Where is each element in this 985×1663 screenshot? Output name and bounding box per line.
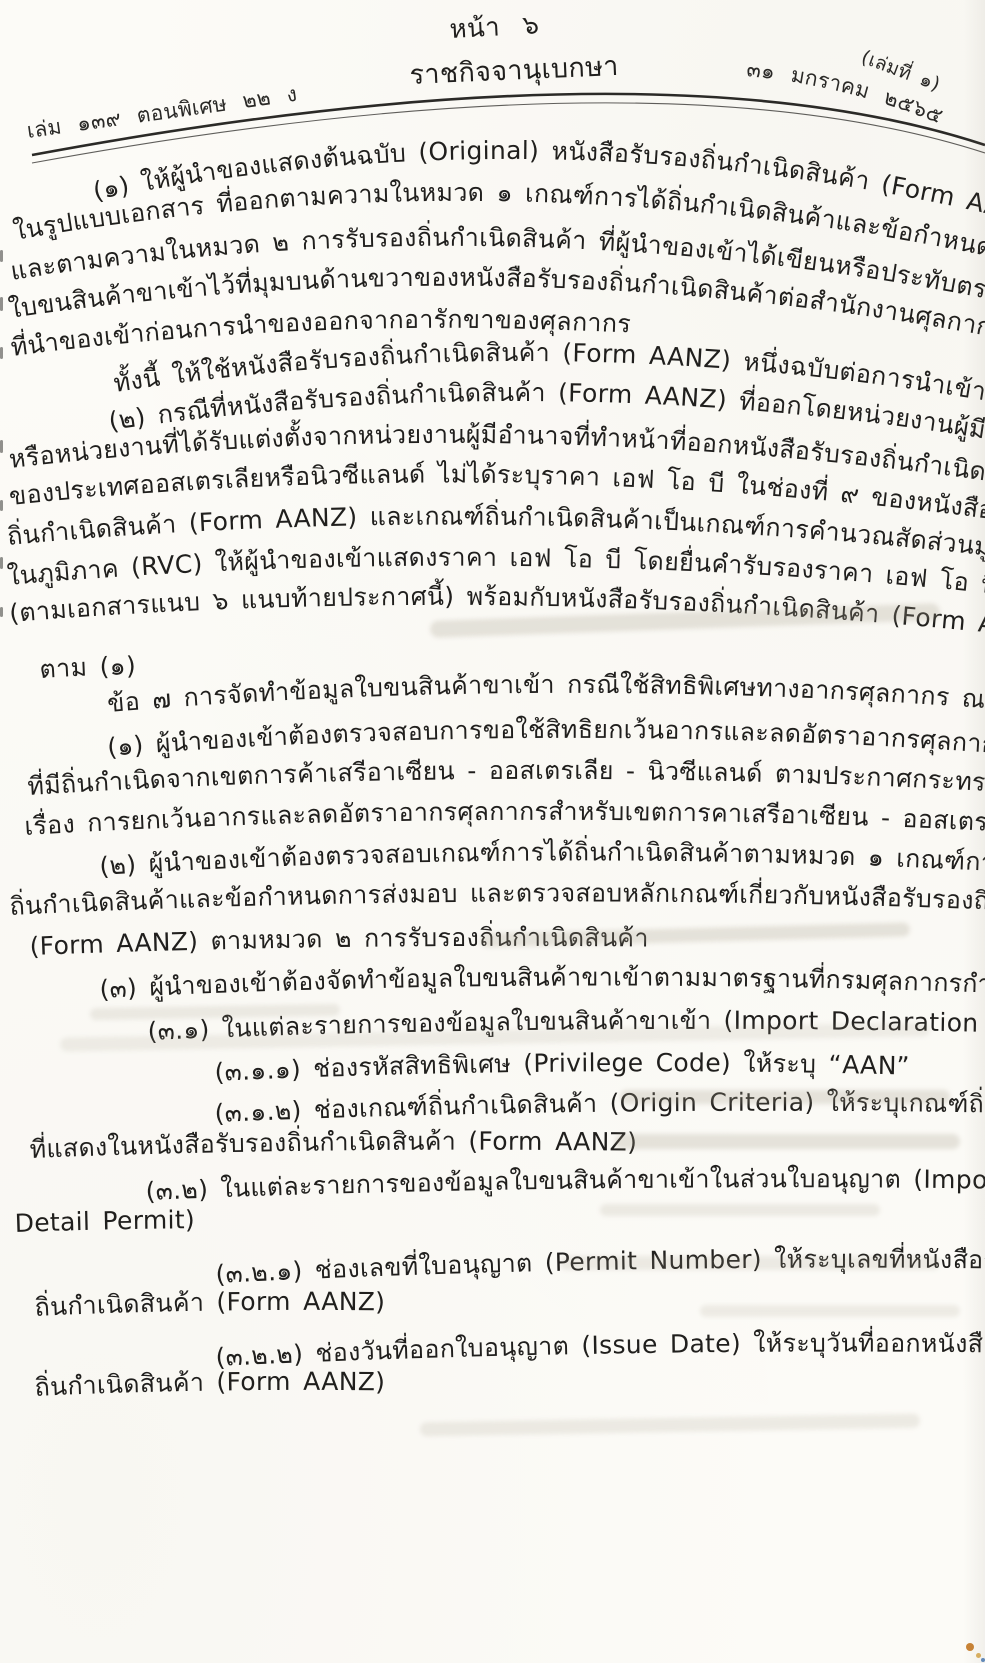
body-line-text: ถิ่นกำเนิดสินค้า (Form AANZ) bbox=[34, 1287, 385, 1322]
scan-edge-artifact bbox=[0, 557, 3, 569]
body-line: ที่แสดงในหนังสือรับรองถิ่นกำเนิดสินค้า (… bbox=[29, 1125, 637, 1164]
bleedthrough-smudge bbox=[620, 1090, 950, 1104]
body-line: (๓.๒.๒) ช่องวันที่ออกใบอนุญาต (Issue Dat… bbox=[215, 1326, 985, 1372]
body-line: (๓.๑.๑) ช่องรหัสสิทธิพิเศษ (Privilege Co… bbox=[214, 1048, 910, 1087]
gazette-title: ราชกิจจานุเบกษา bbox=[409, 51, 619, 92]
body-line: (๓.๒) ในแต่ละรายการของข้อมูลใบขนสินค้าขา… bbox=[145, 1164, 985, 1206]
body-line-text: (๓.๒) ในแต่ละรายการของข้อมูลใบขนสินค้าขา… bbox=[145, 1164, 985, 1206]
body-line-text: ที่มีถิ่นกำเนิดจากเขตการค้าเสรีอาเซียน -… bbox=[26, 756, 985, 803]
body-line: (๓) ผู้นำของเข้าต้องจัดทำข้อมูลใบขนสินค้… bbox=[99, 962, 985, 1004]
body-line: ถิ่นกำเนิดสินค้า (Form AANZ) bbox=[34, 1367, 385, 1402]
body-line: ตาม (๑) bbox=[39, 651, 137, 684]
scan-edge-artifact bbox=[0, 607, 3, 617]
scan-edge-artifact bbox=[0, 250, 3, 262]
page-edge-shadow bbox=[963, 0, 985, 1663]
scanned-text-layer: หน้า ๖ ราชกิจจานุเบกษา เล่ม ๑๓๙ ตอนพิเศษ… bbox=[0, 0, 985, 1663]
body-line: ที่มีถิ่นกำเนิดจากเขตการค้าเสรีอาเซียน -… bbox=[26, 756, 985, 803]
scan-edge-artifact bbox=[0, 500, 3, 511]
scan-edge-artifact bbox=[0, 440, 3, 453]
body-line: ถิ่นกำเนิดสินค้าและข้อกำหนดการส่งมอบ และ… bbox=[9, 877, 985, 921]
body-line-text: ถิ่นกำเนิดสินค้าและข้อกำหนดการส่งมอบ และ… bbox=[9, 877, 985, 921]
bleedthrough-smudge bbox=[615, 1134, 960, 1149]
scan-edge-artifact bbox=[0, 297, 3, 311]
bleedthrough-smudge bbox=[600, 1204, 880, 1216]
body-line: Detail Permit) bbox=[14, 1205, 195, 1238]
body-line: (๒) ผู้นำของเข้าต้องตรวจสอบเกณฑ์การได้ถิ… bbox=[99, 834, 985, 881]
body-line-text: (๓.๑.๑) ช่องรหัสสิทธิพิเศษ (Privilege Co… bbox=[214, 1048, 910, 1087]
page-number: หน้า ๖ bbox=[449, 10, 540, 45]
scan-edge-artifact bbox=[0, 347, 3, 359]
body-line-text: Detail Permit) bbox=[14, 1205, 195, 1238]
bleedthrough-smudge bbox=[560, 1256, 940, 1270]
body-line-text: (๒) ผู้นำของเข้าต้องตรวจสอบเกณฑ์การได้ถิ… bbox=[99, 834, 985, 881]
body-line-text: ตาม (๑) bbox=[39, 651, 137, 684]
body-line: ถิ่นกำเนิดสินค้า (Form AANZ) bbox=[34, 1287, 385, 1322]
gazette-page: หน้า ๖ ราชกิจจานุเบกษา เล่ม ๑๓๙ ตอนพิเศษ… bbox=[0, 0, 985, 1663]
bleedthrough-smudge bbox=[700, 1305, 960, 1317]
body-line-text: ที่แสดงในหนังสือรับรองถิ่นกำเนิดสินค้า (… bbox=[29, 1125, 637, 1164]
body-line-text: ถิ่นกำเนิดสินค้า (Form AANZ) bbox=[34, 1367, 385, 1402]
body-line-text: (๓) ผู้นำของเข้าต้องจัดทำข้อมูลใบขนสินค้… bbox=[99, 962, 985, 1004]
body-line-text: (๓.๒.๒) ช่องวันที่ออกใบอนุญาต (Issue Dat… bbox=[215, 1326, 985, 1372]
